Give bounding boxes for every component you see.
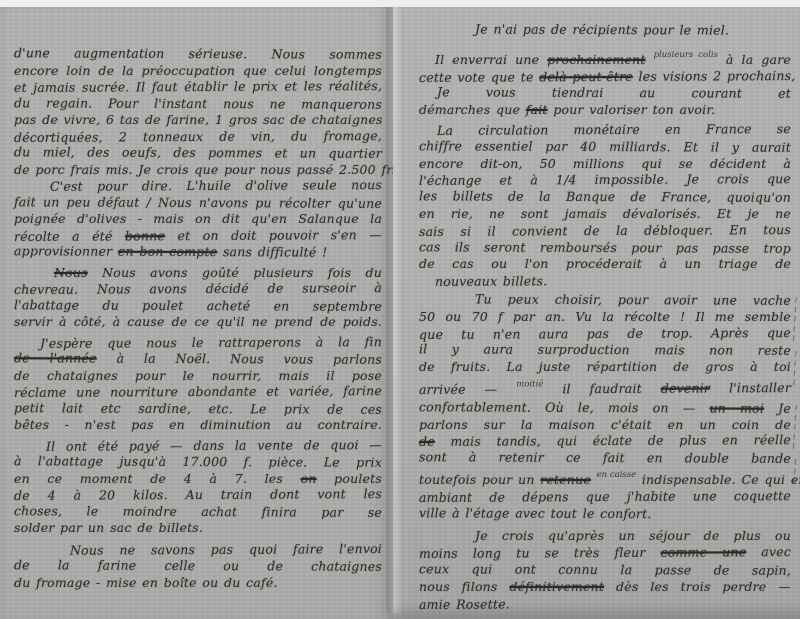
handwriting-line: l'abattage du poulet acheté en septembre	[14, 297, 382, 315]
handwriting-line: démarches que fait pour valoriser ton av…	[419, 102, 791, 119]
handwriting-line: décortiquées, 2 tonneaux de vin, du from…	[14, 128, 382, 146]
handwriting-line: Je vous tiendrai au courant et	[419, 85, 791, 103]
handwriting-line: pas de vivre, 6 tas de farine, 1 gros sa…	[14, 112, 382, 129]
crossed-out-text: prochainement	[547, 52, 645, 67]
handwriting-line: moins long tu se très fleur comme une av…	[419, 544, 791, 563]
handwriting-line: Tu peux choisir, pour avoir une vache	[419, 291, 791, 309]
letter-page-1: d'une augmentation sérieuse. Nous sommes…	[0, 6, 393, 619]
handwriting-line: Je crois qu'après un séjour de plus ou	[419, 528, 791, 545]
handwriting-line: du fromage - mise en boîte ou du café.	[14, 575, 382, 592]
scan-edge	[0, 0, 800, 7]
handwriting-line: Nous ne savons pas quoi faire l'envoi	[14, 541, 382, 559]
handwriting-line: du miel, des oeufs, des pommes et un qua…	[14, 144, 382, 162]
crossed-out-text: comme une	[661, 544, 747, 559]
handwriting-line: amie Rosette.	[419, 595, 791, 614]
handwriting-line: arrivée — moitié il faudrait devenir l'i…	[419, 375, 791, 399]
handwriting-line: du regain. Pour l'instant nous ne manque…	[14, 95, 382, 113]
handwriting-line: ville à l'étage avec tout le confort.	[419, 505, 791, 523]
handwriting-line: chiffre essentiel par 40 milliards. Et i…	[419, 138, 791, 156]
handwriting-line: C'est pour dire. L'huile d'olive seule n…	[14, 177, 382, 195]
handwriting-line: Nous Nous avons goûté plusieurs fois du	[14, 265, 382, 282]
handwriting-line: Je n'ai pas de récipients pour le miel.	[419, 21, 791, 39]
crossed-out-text: retenue	[540, 472, 591, 487]
handwriting-line: l'échange et à 1/4 impossible. Je crois …	[419, 171, 791, 190]
handwriting-line: de la farine celle ou de chataignes	[14, 557, 382, 575]
handwriting-line: sont à retenir ce fait en double bande	[419, 449, 791, 467]
handwriting-line: de porc frais mis. Je crois que pour nou…	[14, 162, 382, 179]
handwriting-line: nouveaux billets.	[419, 272, 791, 291]
handwriting-line: cas ils seront remboursés pour pas passe…	[419, 239, 791, 257]
crossed-out-text: devenir	[661, 380, 710, 395]
handwriting-line: et jamais sucrée. Il faut établir le pri…	[14, 78, 382, 96]
crossed-out-text: fait	[526, 102, 548, 117]
page-2-text: Je n'ai pas de récipients pour le miel.I…	[419, 22, 791, 612]
letter-page-2: Je n'ai pas de récipients pour le miel.I…	[393, 6, 800, 619]
handwriting-line: de mais tandis, qui éclate de plus en ré…	[419, 432, 791, 451]
handwriting-line: choses, le moindre achat finira par se	[14, 503, 382, 521]
handwriting-line: 50 ou 70 f par an. Vu la récolte ! Il me…	[419, 309, 791, 326]
handwriting-line: servir à côté, à cause de ce qu'il ne pr…	[14, 314, 382, 331]
crossed-out-text: de l'année	[14, 350, 97, 365]
handwriting-line: de 4 à 20 kilos. Au train dont vont les	[14, 486, 382, 504]
handwriting-line: La circulation monétaire en France se	[419, 121, 791, 140]
handwriting-line: il y aura surproduction mais non reste	[419, 342, 791, 360]
handwriting-line: en rie, ne sont jamais dévalorisés. Et j…	[419, 206, 791, 223]
handwriting-line: encore dit-on, 50 millions qui se décide…	[419, 156, 791, 173]
crossed-out-text: bonne	[125, 228, 165, 243]
handwriting-line: à l'abattage jusqu'à 17.000 f. pièce. Le…	[14, 453, 382, 471]
handwriting-line: solder par un sac de billets.	[14, 520, 382, 537]
handwriting-line: réclame une nourriture abondante et vari…	[14, 383, 382, 401]
handwriting-line: petit lait etc sardine, etc. Le prix de …	[14, 400, 382, 418]
crossed-out-text: en bon compte	[118, 244, 217, 259]
inserted-text: plusieurs colis	[654, 50, 718, 60]
handwriting-line: poignée d'olives - mais on dit qu'en Sal…	[14, 211, 382, 228]
handwriting-line: ambiant de dépens que j'habite une coque…	[419, 488, 791, 507]
handwriting-line: de fruits. La juste répartition de gros …	[419, 359, 791, 376]
handwriting-line: chevreau. Nous avons décidé de surseoir …	[14, 280, 382, 298]
handwriting-line: confortablement. Où le, mois on — un moi…	[419, 399, 791, 417]
handwriting-line: d'une augmentation sérieuse. Nous sommes	[14, 45, 382, 63]
crossed-out-text: Nous	[54, 265, 88, 280]
handwriting-line: sais si il convient de la débloquer. En …	[419, 222, 791, 241]
handwriting-line: bêtes - n'est pas en diminution au contr…	[14, 417, 382, 434]
handwriting-line: ceux qui ont connu la passe de sapin,	[419, 561, 791, 579]
handwriting-line: nous filons définitivement dès les trois…	[419, 579, 791, 596]
inserted-text: en caisse	[597, 470, 637, 480]
handwriting-line: récolte a été bonne et on doit pouvoir s…	[14, 227, 382, 245]
crossed-out-text: on	[301, 471, 317, 486]
handwriting-line: en ce moment de 4 à 7. les on poulets	[14, 471, 382, 488]
crossed-out-text: définitivement	[509, 579, 604, 594]
handwriting-line: approvisionner en bon compte sans diffic…	[14, 243, 382, 261]
crossed-out-text: de	[419, 434, 435, 449]
handwriting-line: de chataignes pour le nourrir, mais il p…	[14, 368, 382, 385]
letter-scan: d'une augmentation sérieuse. Nous sommes…	[0, 0, 800, 619]
handwriting-line: J'espère que nous le rattraperons à la f…	[14, 334, 382, 352]
handwriting-line: de l'année à la Noël. Nous vous parlons	[14, 350, 382, 368]
handwriting-line: Il ont été payé — dans la vente de quoi …	[14, 437, 382, 455]
crossed-out-text: delà peut-être	[539, 68, 633, 83]
handwriting-line: les billets de la Banque de France, quoi…	[419, 188, 791, 206]
handwriting-line: parlons sur la maison c'était en un coin…	[419, 417, 791, 434]
letter-spread: d'une augmentation sérieuse. Nous sommes…	[0, 6, 800, 619]
crossed-out-text: un moi	[710, 400, 765, 415]
handwriting-line: de cas ou l'on procéderait à un triage d…	[419, 256, 791, 273]
handwriting-line: encore loin de la préoccupation que celu…	[14, 63, 382, 80]
handwriting-line: toutefois pour un retenue en caisse indi…	[419, 467, 791, 489]
inserted-text: moitié	[516, 379, 543, 389]
page-1-text: d'une augmentation sérieuse. Nous sommes…	[14, 46, 382, 591]
handwriting-line: fait un peu défaut / Nous n'avons pu réc…	[14, 194, 382, 212]
handwriting-line: Il enverrai une prochainement plusieurs …	[419, 47, 791, 69]
